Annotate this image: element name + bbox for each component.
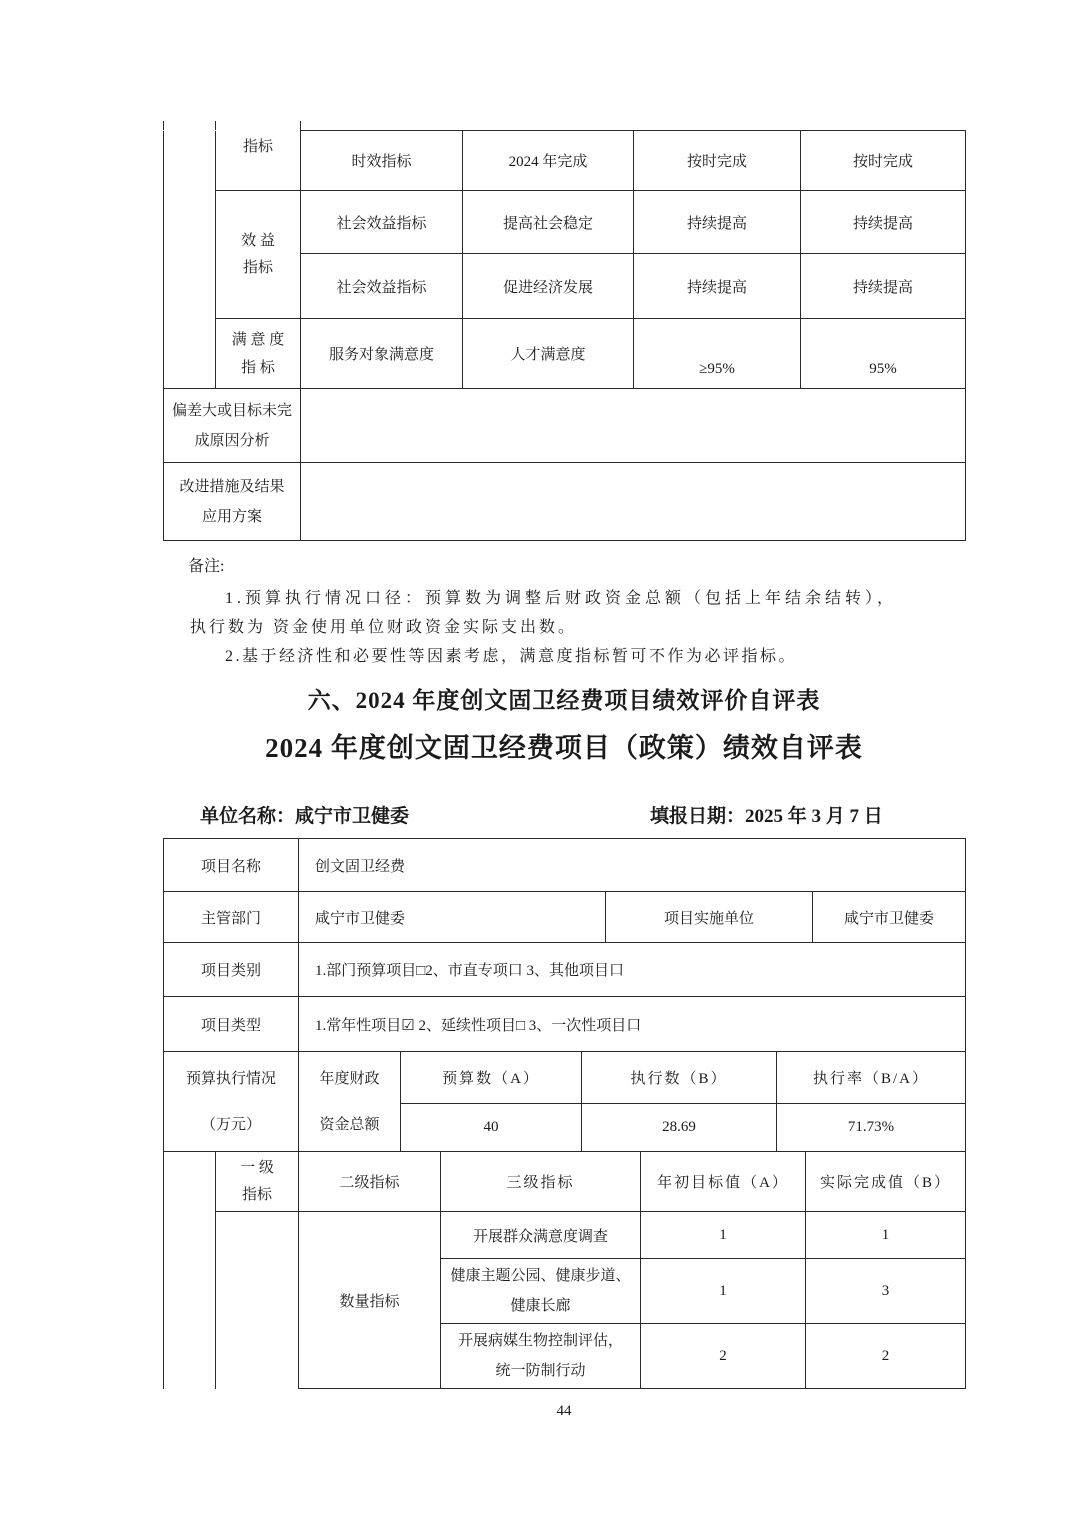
- outer-spanning-cell: [164, 131, 216, 389]
- budget-execution-table: 预算执行情况 （万元） 年度财政 资金总额 预算数（A） 执行数（B） 执行率（…: [163, 1051, 966, 1152]
- level2-cell: 社会效益指标: [301, 191, 463, 254]
- table-row: 项目类别 1.部门预算项目□2、市直专项口 3、其他项目口: [164, 943, 966, 997]
- section-title: 六、2024 年度创文固卫经费项目绩效评价自评表: [163, 682, 965, 715]
- table-cut-line: [300, 121, 301, 130]
- table-row: 项目名称 创文固卫经费: [164, 839, 966, 892]
- table-row: 一 级 指标 二级指标 三级指标 年初目标值（A） 实际完成值（B）: [164, 1152, 966, 1212]
- target-cell: 2: [641, 1324, 806, 1389]
- actual-cell: 2: [806, 1324, 966, 1389]
- level1-label-cell: 指标: [216, 131, 301, 191]
- type-value: 1.常年性项目☑ 2、延续性项目□ 3、一次性项目口: [299, 997, 966, 1052]
- level2-cell: 时效指标: [301, 131, 463, 191]
- page-number: 44: [163, 1403, 965, 1420]
- level2-cell: 社会效益指标: [301, 254, 463, 319]
- level3-cell: 健康主题公园、健康步道、 健康长廊: [441, 1259, 641, 1324]
- target-cell: 1: [641, 1259, 806, 1324]
- type-label: 项目类型: [164, 997, 299, 1052]
- deviation-analysis-value: [301, 389, 966, 463]
- performance-table-top: 指标 时效指标 2024 年完成 按时完成 按时完成 效 益 指标 社会效益指标…: [163, 130, 965, 541]
- table-row: 数量指标 开展群众满意度调查 1 1: [164, 1212, 966, 1259]
- benefit-indicator-label: 效 益 指标: [216, 191, 301, 319]
- level3-cell: 促进经济发展: [463, 254, 634, 319]
- level3-cell: 开展病媒生物控制评估， 统一防制行动: [441, 1324, 641, 1389]
- actual-cell: 1: [806, 1212, 966, 1259]
- outer-spanning-cell: [164, 1152, 216, 1389]
- table-row: 偏差大或目标未完 成原因分析: [164, 389, 966, 463]
- level3-cell: 开展群众满意度调查: [441, 1212, 641, 1259]
- indicator-table: 一 级 指标 二级指标 三级指标 年初目标值（A） 实际完成值（B） 数量指标 …: [163, 1151, 966, 1389]
- deviation-analysis-label: 偏差大或目标未完 成原因分析: [164, 389, 301, 463]
- target-cell: 持续提高: [634, 191, 801, 254]
- level3-cell: 2024 年完成: [463, 131, 634, 191]
- remarks-block: 备注: 1.预算执行情况口径：预算数为调整后财政资金总额（包括上年结余结转）， …: [163, 552, 965, 671]
- level3-header: 三级指标: [441, 1152, 641, 1212]
- table-row: 预算执行情况 （万元） 年度财政 资金总额 预算数（A） 执行数（B） 执行率（…: [164, 1052, 966, 1104]
- rate-ba-value: 71.73%: [777, 1104, 966, 1152]
- table-cut-line: [163, 121, 164, 130]
- quantity-indicator-label: 数量指标: [299, 1212, 441, 1389]
- impl-unit-value: 咸宁市卫健委: [813, 892, 966, 943]
- table-row: 指标 时效指标 2024 年完成 按时完成 按时完成: [164, 131, 966, 191]
- actual-cell: 持续提高: [801, 254, 966, 319]
- remark-1-line-2: 执行数为 资金使用单位财政资金实际支出数。: [190, 613, 965, 642]
- impl-unit-label: 项目实施单位: [606, 892, 813, 943]
- level2-cell: 服务对象满意度: [301, 319, 463, 389]
- table-row: 效 益 指标 社会效益指标 提高社会稳定 持续提高 持续提高: [164, 191, 966, 254]
- category-label: 项目类别: [164, 943, 299, 997]
- report-date: 填报日期：2025 年 3 月 7 日: [650, 801, 883, 828]
- table-row: 主管部门 咸宁市卫健委 项目实施单位 咸宁市卫健委: [164, 892, 966, 943]
- actual-cell: 3: [806, 1259, 966, 1324]
- indicator-results-table: 指标 时效指标 2024 年完成 按时完成 按时完成 效 益 指标 社会效益指标…: [163, 130, 966, 541]
- table-row: 改进措施及结果 应用方案: [164, 463, 966, 541]
- actual-cell: 95%: [801, 319, 966, 389]
- level3-cell: 提高社会稳定: [463, 191, 634, 254]
- level1-header: 一 级 指标: [216, 1152, 299, 1212]
- actual-header: 实际完成值（B）: [806, 1152, 966, 1212]
- remark-2: 2.基于经济性和必要性等因素考虑，满意度指标暂可不作为必评指标。: [225, 642, 965, 671]
- remarks-title: 备注:: [188, 552, 965, 581]
- target-cell: 按时完成: [634, 131, 801, 191]
- rate-ba-header: 执行率（B/A）: [777, 1052, 966, 1104]
- project-info-table: 项目名称 创文固卫经费 主管部门 咸宁市卫健委 项目实施单位 咸宁市卫健委 项目…: [163, 838, 966, 1052]
- actual-cell: 持续提高: [801, 191, 966, 254]
- level1-spanning-cell: [216, 1212, 299, 1389]
- target-cell: 持续提高: [634, 254, 801, 319]
- table-title: 2024 年度创文固卫经费项目（政策）绩效自评表: [163, 726, 965, 765]
- budget-a-header: 预算数（A）: [401, 1052, 582, 1104]
- dept-label: 主管部门: [164, 892, 299, 943]
- exec-b-value: 28.69: [582, 1104, 777, 1152]
- dept-value: 咸宁市卫健委: [299, 892, 606, 943]
- project-name-label: 项目名称: [164, 839, 299, 892]
- annual-fund-label: 年度财政 资金总额: [299, 1052, 401, 1152]
- self-evaluation-table: 项目名称 创文固卫经费 主管部门 咸宁市卫健委 项目实施单位 咸宁市卫健委 项目…: [163, 838, 965, 1389]
- category-value: 1.部门预算项目□2、市直专项口 3、其他项目口: [299, 943, 966, 997]
- budget-a-value: 40: [401, 1104, 582, 1152]
- target-cell: 1: [641, 1212, 806, 1259]
- target-header: 年初目标值（A）: [641, 1152, 806, 1212]
- table-row: 项目类型 1.常年性项目☑ 2、延续性项目□ 3、一次性项目口: [164, 997, 966, 1052]
- project-name-value: 创文固卫经费: [299, 839, 966, 892]
- table-cut-line: [215, 121, 216, 130]
- remark-1-line-1: 1.预算执行情况口径：预算数为调整后财政资金总额（包括上年结余结转），: [225, 584, 965, 613]
- unit-name: 单位名称：咸宁市卫健委: [200, 801, 409, 828]
- improvement-measures-value: [301, 463, 966, 541]
- level2-header: 二级指标: [299, 1152, 441, 1212]
- improvement-measures-label: 改进措施及结果 应用方案: [164, 463, 301, 541]
- budget-execution-label: 预算执行情况 （万元）: [164, 1052, 299, 1152]
- actual-cell: 按时完成: [801, 131, 966, 191]
- target-cell: ≥95%: [634, 319, 801, 389]
- table-row: 满 意 度 指 标 服务对象满意度 人才满意度 ≥95% 95%: [164, 319, 966, 389]
- exec-b-header: 执行数（B）: [582, 1052, 777, 1104]
- level3-cell: 人才满意度: [463, 319, 634, 389]
- satisfaction-indicator-label: 满 意 度 指 标: [216, 319, 301, 389]
- document-page: 指标 时效指标 2024 年完成 按时完成 按时完成 效 益 指标 社会效益指标…: [0, 0, 1074, 1520]
